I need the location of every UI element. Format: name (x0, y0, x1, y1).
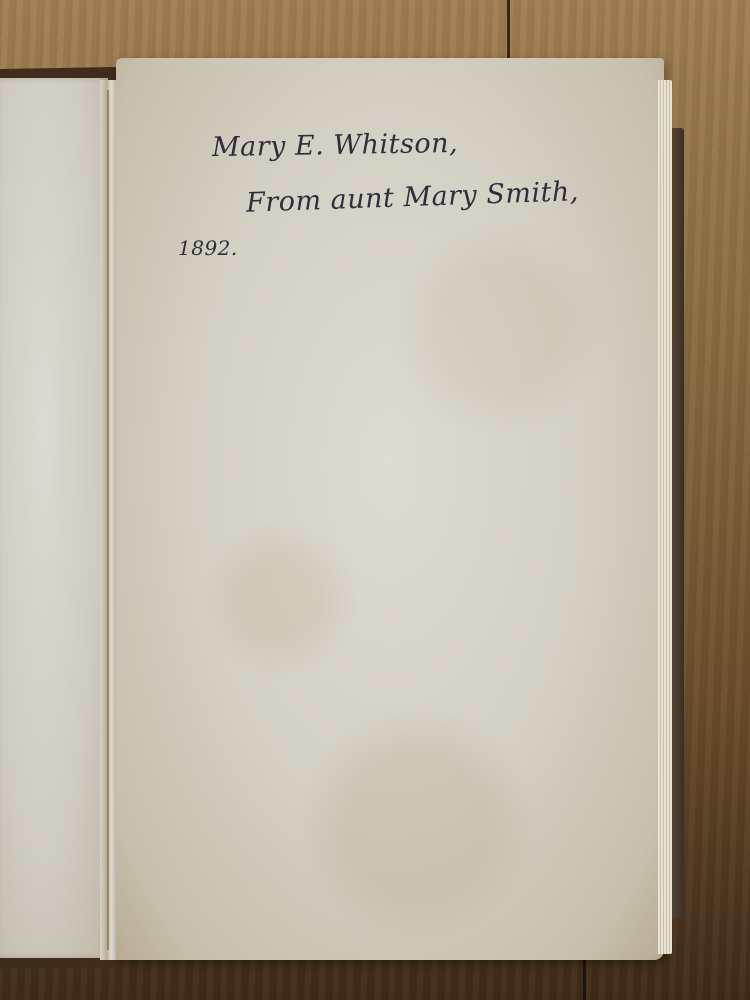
gutter-crease (107, 90, 109, 950)
front-pastedown-page (0, 78, 108, 958)
inscription-name: Mary E. Whitson, (212, 128, 459, 163)
inscription-year: 1892. (178, 236, 238, 260)
page-block-edges (658, 80, 672, 954)
back-cover-board (670, 128, 684, 918)
table-seam-lower (583, 960, 586, 1000)
